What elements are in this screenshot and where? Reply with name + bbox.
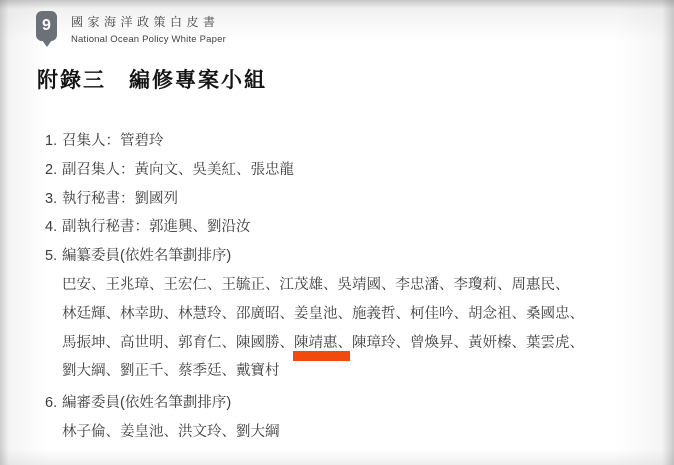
member-names-line: 劉大綱、劉正千、蔡季廷、戴寶村 <box>62 357 644 386</box>
member-names-line: 馬振坤、高世明、郭育仁、陳國勝、陳靖惠、陳璋玲、曾煥昇、黃妍榛、葉雲虎、 <box>62 329 644 358</box>
item-number: 2. <box>45 156 62 185</box>
member-names-line: 林子倫、姜皇池、洪文玲、劉大綱 <box>62 418 644 447</box>
item-text: 副執行秘書：郭進興、劉沿汝 <box>62 213 644 242</box>
marked-name-underlined: 陳靖惠 <box>294 329 338 358</box>
list-item-review-committee: 6. 編審委員(依姓名筆劃排序) 林子倫、姜皇池、洪文玲、劉大綱 <box>45 389 644 447</box>
item-text: 編審委員(依姓名筆劃排序) <box>62 389 644 418</box>
roster-list: 1. 召集人：管碧玲 2. 副召集人：黃向文、吳美紅、張忠龍 3. 執行秘書：劉… <box>45 127 644 447</box>
list-item-executive-secretary: 3. 執行秘書：劉國列 <box>45 185 644 214</box>
item-number: 5. <box>45 242 62 386</box>
item-text: 召集人：管碧玲 <box>62 127 644 156</box>
item-text: 執行秘書：劉國列 <box>62 185 644 214</box>
item-number: 1. <box>45 127 62 156</box>
header-title-en: National Ocean Policy White Paper <box>71 34 226 45</box>
chapter-number: 9 <box>42 18 51 34</box>
item-text: 編纂委員(依姓名筆劃排序) <box>62 242 644 271</box>
names-before-mark: 馬振坤、高世明、郭育仁、陳國勝、 <box>62 335 294 351</box>
names-after-mark: 、陳璋玲、曾煥昇、黃妍榛、葉雲虎、 <box>338 335 585 351</box>
list-item-editorial-committee: 5. 編纂委員(依姓名筆劃排序) 巴安、王兆璋、王宏仁、王毓正、江茂雄、吳靖國、… <box>45 242 644 386</box>
document-page: 9 國家海洋政策白皮書 National Ocean Policy White … <box>0 0 674 465</box>
member-names-line: 巴安、王兆璋、王宏仁、王毓正、江茂雄、吳靖國、李忠潘、李瓊莉、周惠民、 <box>62 271 644 300</box>
list-item-convener: 1. 召集人：管碧玲 <box>45 127 644 156</box>
list-item-deputy-conveners: 2. 副召集人：黃向文、吳美紅、張忠龍 <box>45 156 644 185</box>
item-number: 3. <box>45 185 62 214</box>
chapter-pin-icon: 9 <box>36 11 57 41</box>
list-item-deputy-secretaries: 4. 副執行秘書：郭進興、劉沿汝 <box>45 213 644 242</box>
header-text-block: 國家海洋政策白皮書 National Ocean Policy White Pa… <box>71 11 226 45</box>
item-text: 副召集人：黃向文、吳美紅、張忠龍 <box>62 156 644 185</box>
item-number: 6. <box>45 389 62 447</box>
header-title-zh: 國家海洋政策白皮書 <box>71 13 226 30</box>
member-names-line: 林廷輝、林幸助、林慧玲、邵廣昭、姜皇池、施義哲、柯佳吟、胡念祖、桑國忠、 <box>62 300 644 329</box>
document-header: 9 國家海洋政策白皮書 National Ocean Policy White … <box>36 11 226 45</box>
section-title: 附錄三 編修專案小組 <box>37 64 267 94</box>
item-number: 4. <box>45 213 62 242</box>
